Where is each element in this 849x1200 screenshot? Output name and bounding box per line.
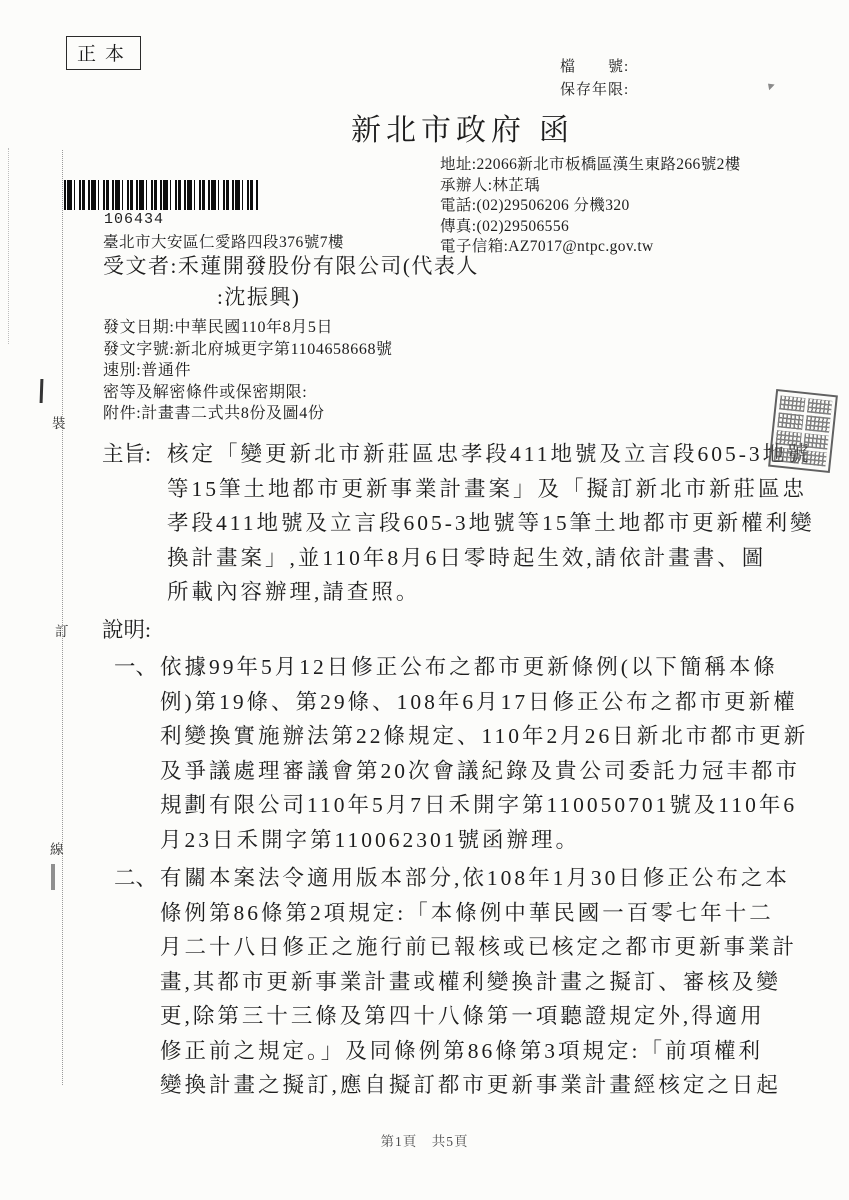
barcode-number: 106434 xyxy=(104,211,164,228)
ink-mark xyxy=(765,81,775,91)
retention-period-label: 保存年限: xyxy=(560,79,629,102)
explanation-item-line: 一、依據99年5月12日修正公布之都市更新條例(以下簡稱本條 xyxy=(114,650,808,685)
explanation-item-line: 月二十八日修正之施行前已報核或已核定之都市更新事業計 xyxy=(114,930,797,965)
attachment-line: 附件:計畫書二式共8份及圖4份 xyxy=(103,403,393,425)
item-2-number: 二、 xyxy=(114,861,160,896)
sender-email-line: 電子信箱:AZ7017@ntpc.gov.tw xyxy=(440,237,741,258)
subject-line: 換計畫案」,並110年8月6日零時起生效,請依計畫書、圖 xyxy=(102,541,815,576)
page-number-footer: 第1頁 共5頁 xyxy=(0,1130,849,1150)
file-number-label: 檔 號: xyxy=(560,56,629,79)
explanation-item-1: 一、依據99年5月12日修正公布之都市更新條例(以下簡稱本條 例)第19條、第2… xyxy=(114,650,808,857)
explanation-item-line: 利變換實施辦法第22條規定、110年2月26日新北市都市更新 xyxy=(114,719,808,754)
document-meta-block: 發文日期:中華民國110年8月5日 發文字號:新北府城更字第1104658668… xyxy=(103,317,393,425)
ink-mark xyxy=(51,864,55,890)
seal-glyph xyxy=(801,450,827,467)
explanation-item-line: 二、有關本案法令適用版本部分,依108年1月30日修正公布之本 xyxy=(114,861,797,896)
seal-glyph xyxy=(806,398,832,415)
explanation-item-line: 修正前之規定。」及同條例第86條第3項規定:「前項權利 xyxy=(114,1034,797,1069)
explanation-item-line: 規劃有限公司110年5月7日禾開字第110050701號及110年6 xyxy=(114,788,808,823)
priority-line: 速別:普通件 xyxy=(103,360,393,382)
explanation-item-line: 更,除第三十三條及第四十八條第一項聽證規定外,得適用 xyxy=(114,999,797,1034)
item-1-text: 依據99年5月12日修正公布之都市更新條例(以下簡稱本條 xyxy=(160,655,778,679)
recipient-block: 受文者:禾蓮開發股份有限公司(代表人 :沈振興) xyxy=(103,251,479,312)
binding-dotted-line xyxy=(62,150,63,1085)
seal-glyph xyxy=(779,395,805,412)
subject-paragraph: 主旨:核定「變更新北市新莊區忠孝段411地號及立言段605-3地號 等15筆土地… xyxy=(102,437,815,610)
seal-glyph xyxy=(805,415,831,432)
subject-line: 孝段411地號及立言段605-3地號等15筆土地都市更新權利變 xyxy=(102,506,815,541)
binding-mark-xian: 線 xyxy=(50,838,64,858)
sender-contact-person-line: 承辦人:林芷瑀 xyxy=(440,176,741,197)
sender-fax-line: 傳真:(02)29506556 xyxy=(440,217,741,238)
recipient-line-1: 受文者:禾蓮開發股份有限公司(代表人 xyxy=(103,251,479,282)
item-1-number: 一、 xyxy=(114,650,160,685)
explanation-item-line: 例)第19條、第29條、108年6月17日修正公布之都市更新權 xyxy=(114,685,808,720)
explanation-item-line: 月23日禾開字第110062301號函辦理。 xyxy=(114,823,808,858)
recipient-mailing-address: 臺北市大安區仁愛路四段376號7樓 xyxy=(103,230,344,252)
binding-mark-zhuang: 裝 xyxy=(52,412,66,432)
subject-line: 等15筆土地都市更新事業計畫案」及「擬訂新北市新莊區忠 xyxy=(102,472,815,507)
explanation-item-line: 畫,其都市更新事業計畫或權利變換計畫之擬訂、審核及變 xyxy=(114,965,797,1000)
explanation-item-line: 條例第86條第2項規定:「本條例中華民國一百零七年十二 xyxy=(114,896,797,931)
explanation-label: 說明: xyxy=(102,613,151,648)
subject-text: 核定「變更新北市新莊區忠孝段411地號及立言段605-3地號 xyxy=(167,442,812,466)
document-type: 函 xyxy=(539,114,574,147)
explanation-item-2: 二、有關本案法令適用版本部分,依108年1月30日修正公布之本 條例第86條第2… xyxy=(114,861,797,1103)
subject-line: 所載內容辦理,請查照。 xyxy=(102,575,815,610)
subject-line: 主旨:核定「變更新北市新莊區忠孝段411地號及立言段605-3地號 xyxy=(102,437,815,472)
official-seal-stamp xyxy=(768,389,838,473)
copy-type-label: 正本 xyxy=(77,44,133,65)
document-title: 新北市政府函 xyxy=(351,105,574,149)
item-2-text: 有關本案法令適用版本部分,依108年1月30日修正公布之本 xyxy=(160,866,790,890)
explanation-item-line: 及爭議處理審議會第20次會議紀錄及貴公司委託力冠丰都市 xyxy=(114,754,808,789)
sender-address-line: 地址:22066新北市板橋區漢生東路266號2樓 xyxy=(440,155,741,176)
mailing-barcode xyxy=(64,180,258,210)
subject-label: 主旨: xyxy=(102,437,167,472)
issue-date-line: 發文日期:中華民國110年8月5日 xyxy=(103,317,393,339)
classification-line: 密等及解密條件或保密期限: xyxy=(103,382,393,404)
copy-type-box: 正本 xyxy=(66,36,141,70)
binding-mark-ding: 訂 xyxy=(55,620,69,640)
seal-glyph xyxy=(777,413,803,430)
file-info-block: 檔 號: 保存年限: xyxy=(560,56,629,102)
explanation-item-line: 變換計畫之擬訂,應自擬訂都市更新事業計畫經核定之日起 xyxy=(114,1068,797,1103)
seal-glyph xyxy=(774,447,800,464)
scanned-official-letter-page: 正本 檔 號: 保存年限: 新北市政府函 地址:22066新北市板橋區漢生東路2… xyxy=(0,0,849,1200)
sender-phone-line: 電話:(02)29506206 分機320 xyxy=(440,196,741,217)
sender-contact-block: 地址:22066新北市板橋區漢生東路266號2樓 承辦人:林芷瑀 電話:(02)… xyxy=(440,155,741,258)
page-edge-perforation xyxy=(8,148,9,344)
issuing-org-name: 新北市政府 xyxy=(351,114,526,147)
recipient-line-2: :沈振興) xyxy=(103,282,479,313)
issue-number-line: 發文字號:新北府城更字第1104658668號 xyxy=(103,339,393,361)
ink-mark xyxy=(40,379,44,403)
seal-glyph xyxy=(775,430,801,447)
seal-glyph xyxy=(803,433,829,450)
